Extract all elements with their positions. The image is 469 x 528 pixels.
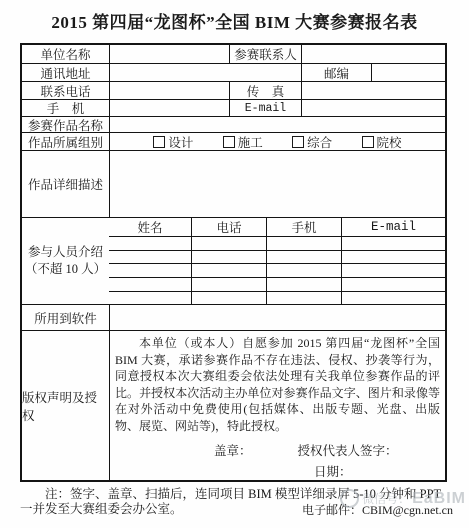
copyright-statement: 本单位（或本人）自愿参加 2015 第四届“龙图杯”全国 BIM 大赛，承诺参赛…: [115, 335, 440, 434]
members-header-name: 姓名: [109, 218, 191, 236]
member-email-field[interactable]: [341, 237, 445, 250]
member-phone-field[interactable]: [191, 292, 266, 305]
member-mobile-field[interactable]: [266, 278, 341, 291]
member-email-field[interactable]: [341, 251, 445, 264]
category-option-construction[interactable]: 施工: [223, 133, 263, 150]
checkbox-icon[interactable]: [153, 136, 165, 148]
description-field[interactable]: [109, 151, 445, 217]
row-description: 作品详细描述: [22, 150, 445, 217]
copyright-cell: 本单位（或本人）自愿参加 2015 第四届“龙图杯”全国 BIM 大赛，承诺参赛…: [109, 331, 445, 480]
contact-person-field[interactable]: [301, 45, 445, 63]
label-members: 参与人员介绍 （不超 10 人）: [22, 218, 109, 304]
row-copyright: 版权声明及授权 本单位（或本人）自愿参加 2015 第四届“龙图杯”全国 BIM…: [22, 330, 445, 480]
date-label: 日期：: [314, 462, 445, 480]
member-phone-field[interactable]: [191, 278, 266, 291]
member-name-field[interactable]: [109, 278, 191, 291]
member-email-field[interactable]: [341, 278, 445, 291]
category-option-label: 施工: [238, 133, 263, 150]
member-row: [109, 291, 445, 305]
label-phone: 联系电话: [22, 82, 109, 99]
row-mobile: 手 机 E-mail: [22, 99, 445, 116]
row-software: 所用到软件: [22, 304, 445, 330]
row-work-title: 参赛作品名称: [22, 116, 445, 132]
category-option-academy[interactable]: 院校: [362, 133, 402, 150]
row-unit-name: 单位名称 参赛联系人: [22, 45, 445, 63]
signature-label: 授权代表人签字：: [298, 441, 398, 459]
label-members-line2: （不超 10 人）: [25, 261, 106, 278]
row-address: 通讯地址 邮编: [22, 63, 445, 81]
label-unit-name: 单位名称: [22, 45, 109, 63]
member-mobile-field[interactable]: [266, 237, 341, 250]
label-copyright: 版权声明及授权: [22, 331, 109, 480]
label-description: 作品详细描述: [22, 151, 109, 217]
member-row: [109, 250, 445, 264]
form-table: 单位名称 参赛联系人 通讯地址 邮编 联系电话 传 真 手 机 E-mail: [20, 43, 447, 482]
member-row: [109, 263, 445, 277]
checkbox-icon[interactable]: [223, 136, 235, 148]
member-email-field[interactable]: [341, 292, 445, 305]
category-option-label: 院校: [377, 133, 402, 150]
email-field[interactable]: [301, 100, 445, 116]
label-contact-person: 参赛联系人: [229, 45, 301, 63]
category-options: 设计 施工 综合 院校: [109, 133, 445, 150]
category-option-design[interactable]: 设计: [153, 133, 193, 150]
seal-label: 盖章：: [214, 441, 252, 459]
member-row: [109, 277, 445, 291]
members-header-mobile: 手机: [266, 218, 341, 236]
mobile-field[interactable]: [109, 100, 229, 116]
label-fax: 传 真: [229, 82, 301, 99]
category-option-comprehensive[interactable]: 综合: [292, 133, 332, 150]
fax-field[interactable]: [301, 82, 445, 99]
postcode-field[interactable]: [371, 64, 445, 81]
phone-field[interactable]: [109, 82, 229, 99]
member-name-field[interactable]: [109, 237, 191, 250]
member-phone-field[interactable]: [191, 264, 266, 277]
label-address: 通讯地址: [22, 64, 109, 81]
member-name-field[interactable]: [109, 264, 191, 277]
address-field[interactable]: [109, 64, 301, 81]
label-software: 所用到软件: [22, 305, 109, 330]
label-category: 作品所属组别: [22, 133, 109, 150]
members-header-row: 姓名 电话 手机 E-mail: [109, 218, 445, 236]
member-name-field[interactable]: [109, 251, 191, 264]
members-table: 姓名 电话 手机 E-mail: [109, 218, 445, 304]
member-mobile-field[interactable]: [266, 251, 341, 264]
label-postcode: 邮编: [301, 64, 371, 81]
row-members: 参与人员介绍 （不超 10 人） 姓名 电话 手机 E-mail: [22, 217, 445, 304]
member-row: [109, 236, 445, 250]
category-option-label: 综合: [307, 133, 332, 150]
member-mobile-field[interactable]: [266, 292, 341, 305]
row-category: 作品所属组别 设计 施工 综合 院校: [22, 132, 445, 150]
member-phone-field[interactable]: [191, 251, 266, 264]
category-option-label: 设计: [168, 133, 193, 150]
checkbox-icon[interactable]: [362, 136, 374, 148]
member-mobile-field[interactable]: [266, 264, 341, 277]
label-email: E-mail: [229, 100, 301, 116]
checkbox-icon[interactable]: [292, 136, 304, 148]
member-email-field[interactable]: [341, 264, 445, 277]
label-mobile: 手 机: [22, 100, 109, 116]
member-name-field[interactable]: [109, 292, 191, 305]
signature-line: 盖章： 授权代表人签字：: [110, 441, 445, 459]
footer-email: 电子邮件：CBIM@cgn.net.cn: [302, 501, 453, 518]
members-header-email: E-mail: [341, 218, 445, 236]
row-phone: 联系电话 传 真: [22, 81, 445, 99]
software-field[interactable]: [109, 305, 445, 330]
registration-form-page: 2015 第四届“龙图杯”全国 BIM 大赛参赛报名表 单位名称 参赛联系人 通…: [0, 0, 469, 528]
work-title-field[interactable]: [109, 117, 445, 132]
label-work-title: 参赛作品名称: [22, 117, 109, 132]
members-header-phone: 电话: [191, 218, 266, 236]
member-phone-field[interactable]: [191, 237, 266, 250]
label-members-line1: 参与人员介绍: [28, 244, 103, 261]
unit-name-field[interactable]: [109, 45, 229, 63]
form-title: 2015 第四届“龙图杯”全国 BIM 大赛参赛报名表: [0, 8, 469, 33]
